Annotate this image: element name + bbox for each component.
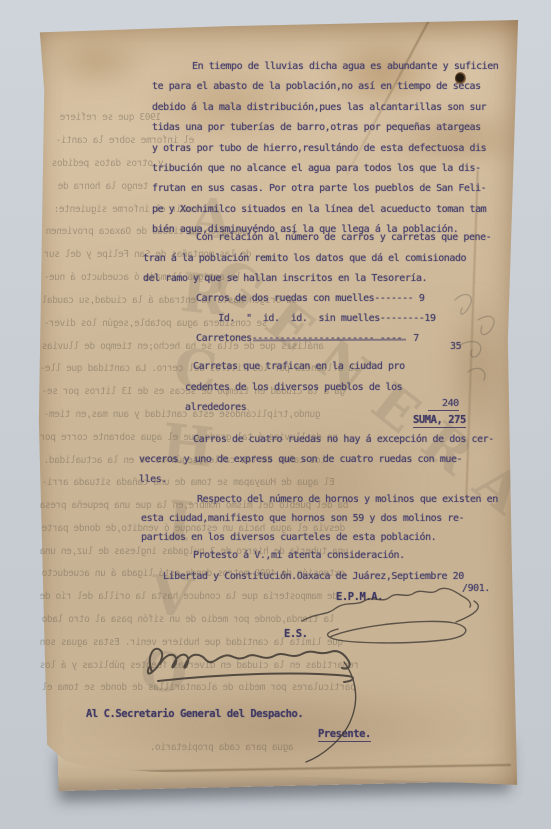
paragraph-water-supply: En tiempo de lluvias dicha agua es abund… — [152, 61, 498, 245]
typed-line: Con relación al número de carros y carre… — [143, 232, 491, 253]
dateline-year: /901. — [462, 583, 490, 594]
secretary-initials: E.S. — [284, 628, 308, 640]
bleedthrough-line: la tienda,donde por medio de un sifón pa… — [42, 614, 335, 625]
typed-line: pe y Xochimilco situados en la línea del… — [152, 204, 498, 224]
typed-line: esta ciudad,manifiesto que hornos son 59… — [141, 513, 498, 532]
paragraph-carros-intro: Con relación al número de carros y carre… — [143, 232, 491, 294]
paragraph-hornos-molinos: Respecto del número de hornos y molinos … — [141, 494, 498, 552]
subtotal-value: 35 — [450, 341, 461, 352]
typed-line: Carros de dos ruedas con muelles------- … — [196, 293, 436, 313]
bleedthrough-line: agua para cada propietario. — [150, 742, 294, 753]
closing-courtesy: Protesto á V.,mi atenta consideración. — [193, 550, 405, 561]
typed-line: Carretas que trafican en la ciudad pro — [185, 361, 405, 382]
typed-line: tran á la población remito los datos que… — [143, 253, 491, 274]
typed-line: Carretones---------------------- ---- 7 — [196, 333, 436, 353]
list-carros: Carros de dos ruedas con muelles------- … — [196, 293, 436, 352]
dateline: Libertad y Constitución.Oaxaca de Juárez… — [163, 571, 464, 582]
bleedthrough-line: tengo la honra de — [58, 181, 148, 192]
typed-line: cedentes de los diversos pueblos de los — [185, 382, 405, 403]
typed-line: Respecto del número de hornos y molinos … — [141, 494, 498, 513]
typed-line: y otras por tubo de hierro,resultándo de… — [152, 143, 498, 163]
typed-line: tidas una por tuberías de barro,otras po… — [152, 122, 498, 142]
bleedthrough-line: y otros datos pedidos — [52, 158, 164, 169]
typed-line: En tiempo de lluvias dicha agua es abund… — [152, 61, 498, 81]
photo-backdrop: ARCHIVO GENERAL 1903 que se refiereel in… — [0, 0, 551, 829]
bleedthrough-line: repartidas en la ciudad en diversas fuen… — [40, 660, 359, 671]
typed-line: veceros y uno de express que son de cuat… — [139, 454, 494, 474]
presente-label: Presente. — [318, 728, 371, 742]
addressee-line: Al C.Secretario General del Despacho. — [86, 708, 303, 720]
suma-total: SUMA, 275 — [413, 414, 466, 428]
typed-line: frutan en sus casas. Por otra parte los … — [152, 183, 498, 203]
typed-line: te para el abasto de la población,no así… — [152, 81, 498, 101]
typed-line: partidos en los diversos cuarteles de es… — [141, 532, 498, 551]
bleedthrough-line: particulares por medio de alcantarillas … — [42, 682, 356, 693]
paragraph-cuatro-ruedas: Carros de cuatro ruedas no hay á excepci… — [139, 434, 494, 493]
bleedthrough-line: 1903 que se refiere — [60, 112, 161, 123]
typed-line: alrededores — [185, 402, 405, 423]
typed-line: tribución que no alcance el agua para to… — [152, 163, 498, 183]
sender-initials: E.P.M.A. — [336, 591, 383, 603]
typed-line: del ramo y que se hallan inscritos en la… — [143, 273, 491, 294]
bleedthrough-line: de mampostería que la conduce hasta la o… — [40, 591, 338, 602]
typed-line: Id. " id. id. sin muelles--------19 — [196, 313, 436, 333]
typed-line: Carros de cuatro ruedas no hay á excepci… — [139, 434, 494, 454]
typed-line: debido á la mala distribución,pues las a… — [152, 102, 498, 122]
paragraph-carretas: Carretas que trafican en la ciudad proce… — [185, 361, 405, 423]
carretas-total-value: 240 — [428, 398, 459, 411]
typed-line: lles. — [139, 474, 494, 494]
